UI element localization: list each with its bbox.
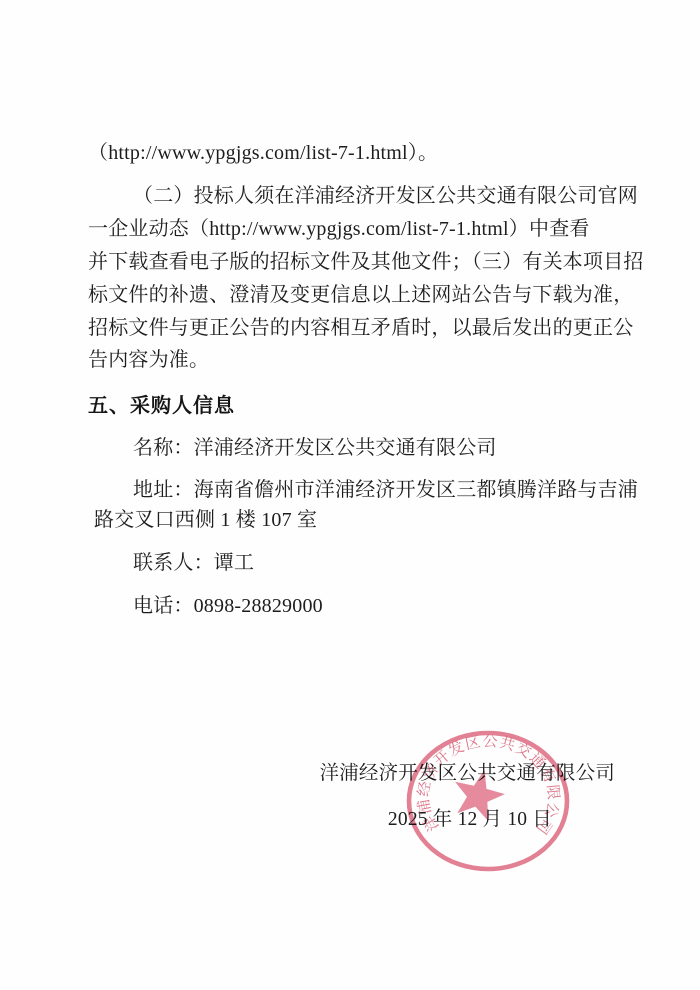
purchaser-address-line: 地址：海南省儋州市洋浦经济开发区三都镇腾洋路与吉浦: [88, 478, 620, 502]
paragraph-line: 一企业动态（http://www.ypgjgs.com/list-7-1.htm…: [88, 217, 620, 241]
purchaser-name-line: 名称：洋浦经济开发区公共交通有限公司: [88, 436, 620, 460]
seal-star-icon: [448, 764, 510, 824]
section-heading: 五、采购人信息: [88, 394, 620, 418]
purchaser-address-wrap-line: 路交叉口西侧 1 楼 107 室: [88, 508, 620, 532]
paragraph-line: 标文件的补遗、澄清及变更信息以上述网站公告与下载为准，: [88, 283, 620, 307]
paragraph-line: 并下载查看电子版的招标文件及其他文件；（三）有关本项目招: [88, 250, 620, 274]
company-seal-stamp: 洋浦经济开发区公共交通有限公司: [400, 724, 578, 880]
url-continuation-line: （http://www.ypgjgs.com/list-7-1.html）。: [88, 141, 620, 165]
paragraph-line: （二）投标人须在洋浦经济开发区公共交通有限公司官网: [88, 184, 620, 208]
scanned-document-page: （http://www.ypgjgs.com/list-7-1.html）。 （…: [0, 0, 700, 990]
paragraph-line: 招标文件与更正公告的内容相互矛盾时，以最后发出的更正公: [88, 316, 620, 340]
contact-person-line: 联系人：谭工: [88, 551, 620, 575]
phone-line: 电话：0898-28829000: [88, 594, 620, 618]
paragraph-line: 告内容为准。: [88, 348, 620, 372]
